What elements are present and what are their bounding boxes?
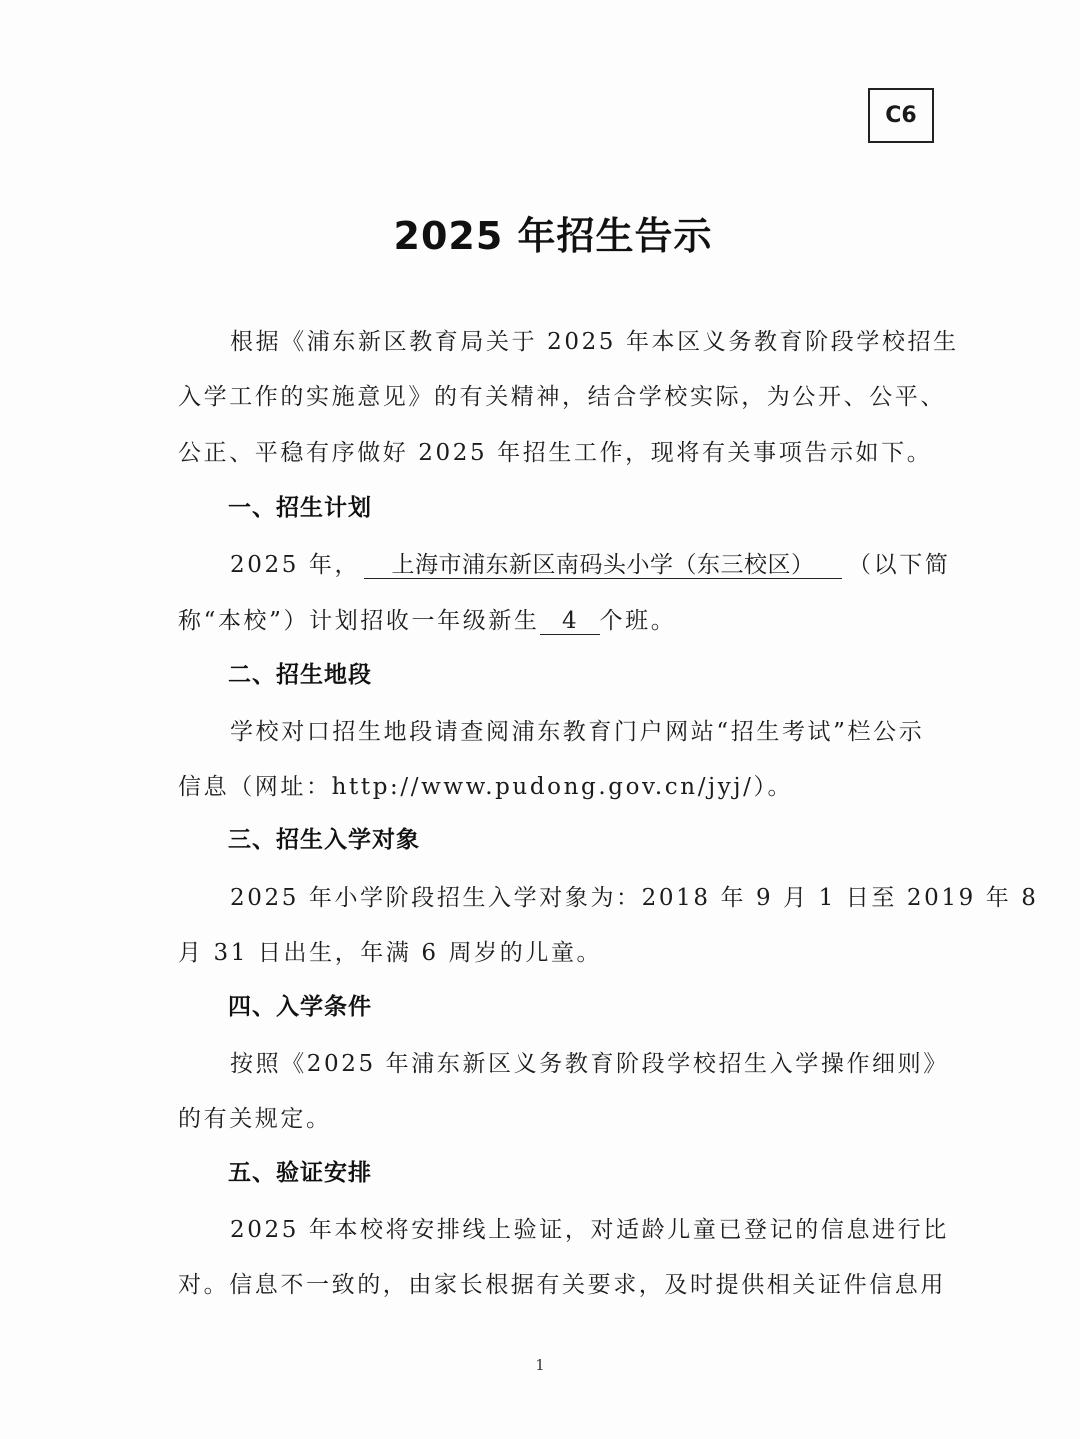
class-plan-prefix: 称“本校”）计划招收一年级新生 [178,608,540,634]
admission-conditions-line-1: 按照《2025 年浦东新区义务教育阶段学校招生入学操作细则》 [230,1049,949,1079]
verification-line-2: 对。信息不一致的，由家长根据有关要求，及时提供相关证件信息用 [178,1270,946,1300]
class-plan-suffix: 个班。 [600,608,677,634]
intro-line-2: 入学工作的实施意见》的有关精神，结合学校实际，为公开、公平、 [178,382,946,412]
section-heading-enrollment-area: 二、招生地段 [228,660,372,690]
section-heading-verification: 五、验证安排 [228,1158,372,1188]
document-page: C6 2025 年招生告示 根据《浦东新区教育局关于 2025 年本区义务教育阶… [0,0,1080,1439]
enrollment-plan-suffix: （以下简 [848,552,950,578]
document-title: 2025 年招生告示 [0,205,1080,260]
eligible-students-line-1: 2025 年小学阶段招生入学对象为：2018 年 9 月 1 日至 2019 年… [230,883,1039,913]
school-name-field: 上海市浦东新区南码头小学（东三校区） [364,552,842,579]
enrollment-area-line-2: 信息（网址：http://www.pudong.gov.cn/jyj/）。 [178,772,793,802]
enrollment-year-prefix: 2025 年， [230,552,360,578]
eligible-students-line-2: 月 31 日出生，年满 6 周岁的儿童。 [178,938,602,968]
section-heading-enrollment-plan: 一、招生计划 [228,493,372,523]
enrollment-plan-line-1: 2025 年，上海市浦东新区南码头小学（东三校区）（以下简 [230,550,950,580]
verification-line-1: 2025 年本校将安排线上验证，对适龄儿童已登记的信息进行比 [230,1215,949,1245]
enrollment-plan-line-2: 称“本校”）计划招收一年级新生4个班。 [178,606,676,636]
page-number: 1 [0,1356,1080,1374]
admission-conditions-line-2: 的有关规定。 [178,1104,332,1134]
section-heading-admission-conditions: 四、入学条件 [228,992,372,1022]
class-count-field: 4 [540,608,600,635]
intro-line-3: 公正、平稳有序做好 2025 年招生工作，现将有关事项告示如下。 [178,438,932,468]
document-code-box: C6 [868,88,934,143]
intro-line-1: 根据《浦东新区教育局关于 2025 年本区义务教育阶段学校招生 [230,327,959,357]
enrollment-area-line-1: 学校对口招生地段请查阅浦东教育门户网站“招生考试”栏公示 [230,717,924,747]
section-heading-eligible-students: 三、招生入学对象 [228,825,420,855]
